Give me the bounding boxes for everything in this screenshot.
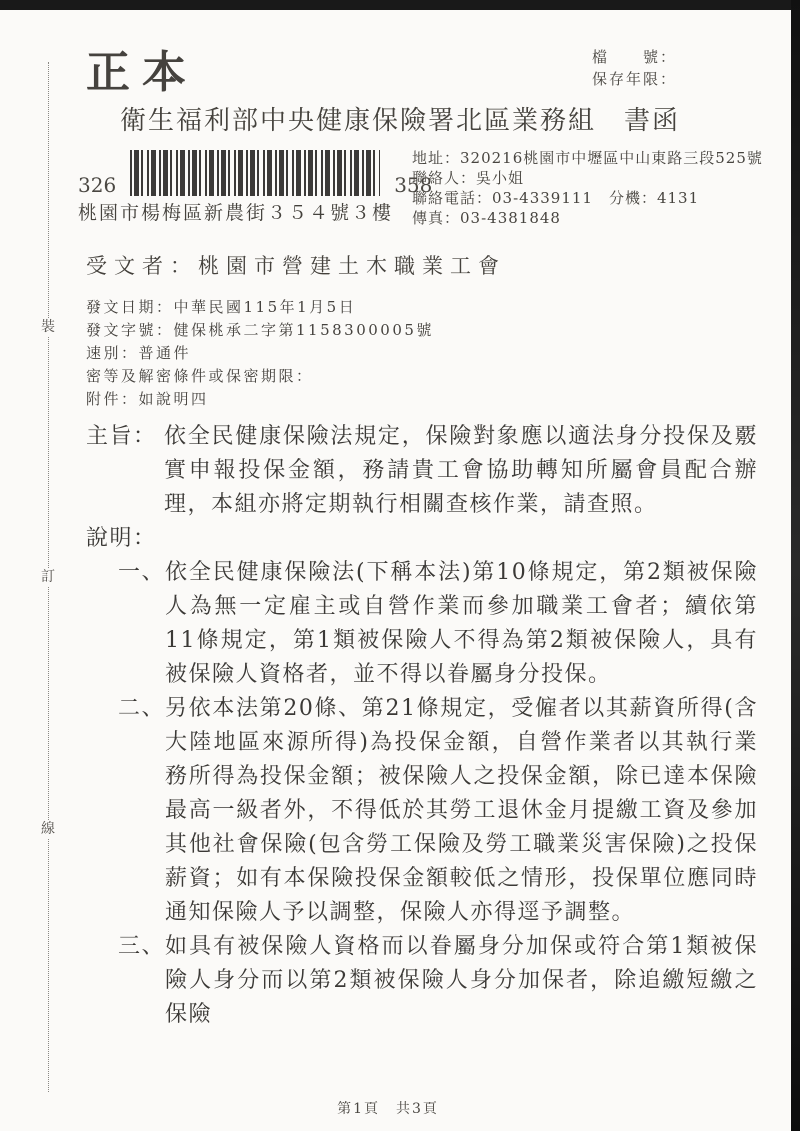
- explanation-item-1: 一、 依全民健康保險法(下稱本法)第10條規定，第2類被保險人為無一定雇主或自營…: [118, 556, 758, 692]
- subject-label: 主旨：: [86, 420, 164, 454]
- file-number-label: 檔 號：: [592, 46, 677, 68]
- mail-route-left-number: 326: [78, 174, 116, 196]
- scanned-document-page: 裝 訂 線 正本 檔 號： 保存年限： 衛生福利部中央健康保險署北區業務組 書函…: [0, 0, 800, 1131]
- document-body: 主旨： 依全民健康保險法規定，保險對象應以適法身分投保及覈實申報投保金額，務請貴…: [86, 420, 758, 1032]
- binding-mark-zhuang: 裝: [39, 318, 57, 336]
- binding-mark-xian: 線: [39, 820, 57, 838]
- subject-text: 依全民健康保險法規定，保險對象應以適法身分投保及覈實申報投保金額，務請貴工會協助…: [164, 420, 758, 522]
- scan-artifact-right-band: [791, 0, 800, 1131]
- postal-barcode: [130, 150, 380, 196]
- item-text: 依全民健康保險法(下稱本法)第10條規定，第2類被保險人為無一定雇主或自營作業而…: [165, 556, 758, 692]
- contact-address: 地址：320216桃園市中壢區中山東路三段525號: [412, 148, 763, 168]
- contact-fax: 傳真：03-4381848: [412, 208, 763, 228]
- meta-classification: 密等及解密條件或保密期限：: [86, 365, 434, 388]
- file-number-block: 檔 號： 保存年限：: [592, 46, 677, 90]
- contact-phone: 聯絡電話：03-4339111 分機：4131: [412, 188, 763, 208]
- item-number: 一、: [118, 556, 165, 590]
- explanation-label: 說明：: [86, 522, 758, 556]
- binding-mark-ding: 訂: [39, 568, 57, 586]
- document-title: 衛生福利部中央健康保險署北區業務組 書函: [0, 100, 800, 137]
- document-meta-block: 發文日期：中華民國115年1月5日 發文字號：健保桃承二字第1158300005…: [86, 296, 434, 411]
- meta-priority: 速別：普通件: [86, 342, 434, 365]
- recipient-mailing-address: 桃園市楊梅區新農街３５４號３樓: [78, 198, 458, 225]
- item-text: 另依本法第20條、第21條規定，受僱者以其薪資所得(含大陸地區來源所得)為投保金…: [165, 692, 758, 930]
- recipient-line: 受文者：桃園市營建土木職業工會: [86, 250, 506, 280]
- explanation-item-3: 三、 如具有被保險人資格而以眷屬身分加保或符合第1類被保險人身分而以第2類被保險…: [118, 930, 758, 1032]
- scan-artifact-top-band: [0, 0, 800, 10]
- meta-attachment: 附件：如說明四: [86, 388, 434, 411]
- item-number: 二、: [118, 692, 165, 726]
- mailing-block: 326 358 桃園市楊梅區新農街３５４號３樓: [78, 150, 458, 225]
- meta-issue-date: 發文日期：中華民國115年1月5日: [86, 296, 434, 319]
- subject-paragraph: 主旨： 依全民健康保險法規定，保險對象應以適法身分投保及覈實申報投保金額，務請貴…: [86, 420, 758, 522]
- meta-doc-number: 發文字號：健保桃承二字第1158300005號: [86, 319, 434, 342]
- copy-type-label: 正本: [86, 36, 198, 100]
- item-number: 三、: [118, 930, 165, 964]
- explanation-item-2: 二、 另依本法第20條、第21條規定，受僱者以其薪資所得(含大陸地區來源所得)為…: [118, 692, 758, 930]
- item-text: 如具有被保險人資格而以眷屬身分加保或符合第1類被保險人身分而以第2類被保險人身分…: [165, 930, 758, 1032]
- contact-info-block: 地址：320216桃園市中壢區中山東路三段525號 聯絡人：吳小姐 聯絡電話：0…: [412, 148, 763, 228]
- retention-period-label: 保存年限：: [592, 68, 677, 90]
- page-number-footer: 第1頁 共3頁: [0, 1098, 776, 1118]
- mail-route-row: 326 358: [78, 150, 458, 196]
- contact-person: 聯絡人：吳小姐: [412, 168, 763, 188]
